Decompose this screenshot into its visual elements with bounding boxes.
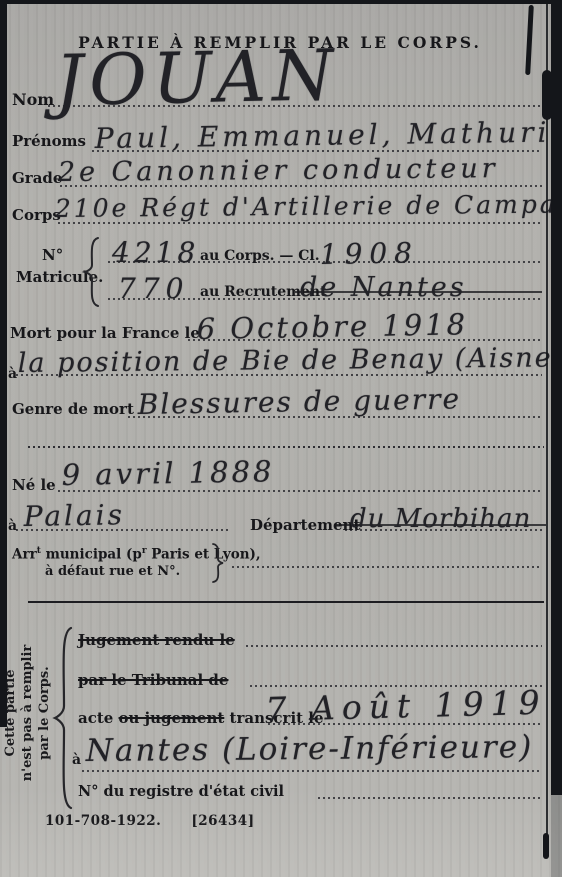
- ink-blot-right: [542, 70, 552, 120]
- transcrit-lieu-handwritten: Nantes (Loire-Inférieure): [86, 729, 534, 769]
- arr-part2: municipal (p: [41, 547, 142, 563]
- au-corps-label: au Corps. — Cl.: [200, 248, 320, 264]
- ink-blot-bottom-right: [543, 833, 549, 859]
- departement-handwritten: du Morbihan: [350, 504, 531, 534]
- recrutement-place-handwritten: de Nantes: [300, 272, 467, 303]
- ne-lieu-label: à: [8, 518, 17, 534]
- mort-lieu-handwritten: la position de Bie de Benay (Aisne): [18, 342, 562, 379]
- departement-label: Département: [250, 516, 360, 534]
- imprint-reference: [26434]: [191, 813, 254, 829]
- grade-handwritten-value: 2e Canonnier conducteur: [58, 153, 499, 188]
- ne-le-handwritten: 9 avril 1888: [61, 454, 274, 492]
- scan-border-left: [0, 0, 7, 727]
- registre-label: N° du registre d'état civil: [78, 783, 284, 800]
- acte-struck-part: ou jugement: [119, 709, 225, 727]
- section-separator-2: [28, 601, 544, 603]
- mort-lieu-label: à: [8, 366, 17, 382]
- matricule-recrutement-handwritten: 770: [118, 272, 189, 305]
- transcrit-lieu-label: à: [72, 752, 81, 768]
- arrondissement-label-line2: à défaut rue et N°.: [45, 564, 180, 579]
- matricule-brace: [82, 236, 102, 308]
- page-fold-line: [546, 0, 548, 858]
- scan-border-right-fade: [551, 795, 562, 877]
- footer-imprint: 101-708-1922.[26434]: [45, 813, 255, 829]
- prenoms-handwritten-value: Paul, Emmanuel, Mathurin: [95, 115, 562, 155]
- acte-part1: acte: [78, 709, 119, 727]
- transcrit-date-handwritten: 7 Août 1919: [265, 683, 547, 729]
- corps-handwritten-value: 210e Régt d'Artillerie de Campagne: [55, 189, 562, 223]
- grade-label: Grade: [12, 169, 62, 187]
- tribunal-label-struck: par le Tribunal de: [78, 671, 228, 689]
- prenoms-label: Prénoms: [12, 132, 86, 150]
- corps-label: Corps: [12, 206, 61, 224]
- ne-le-label: Né le: [12, 476, 56, 494]
- arrondissement-fill-line: [232, 566, 542, 568]
- nom-label: Nom: [12, 90, 54, 109]
- ink-stroke-top-right: [525, 5, 534, 75]
- mort-date-handwritten: 6 Octobre 1918: [196, 307, 468, 346]
- scan-border-top: [0, 0, 562, 4]
- section-separator-1: [28, 446, 544, 448]
- genre-mort-handwritten: Blessures de guerre: [137, 382, 461, 421]
- mort-label: Mort pour la France le: [10, 324, 200, 342]
- classe-handwritten: 1908: [319, 236, 419, 271]
- arrondissement-brace: [210, 542, 226, 584]
- transcrit-lieu-fill-line: [82, 770, 542, 772]
- transcription-brace: [52, 626, 76, 810]
- jugement-label-struck: Jugement rendu le: [78, 631, 235, 649]
- matricule-corps-handwritten: 4218: [112, 236, 199, 269]
- arr-part1: Arr: [12, 547, 37, 563]
- scan-border-right: [551, 0, 562, 795]
- ne-lieu-handwritten: Palais: [23, 498, 125, 533]
- jugement-fill-line: [246, 645, 542, 647]
- sidebar-note-line2: n'est pas à remplir: [20, 632, 37, 794]
- matricule-no-label: N°: [42, 246, 63, 264]
- arr-part3: Paris et Lyon),: [147, 547, 261, 563]
- imprint-number: 101-708-1922.: [45, 813, 161, 829]
- registre-fill-line: [318, 797, 542, 799]
- genre-mort-label: Genre de mort: [12, 400, 134, 418]
- nom-handwritten-value: JOUAN: [54, 34, 340, 122]
- military-death-record-card: PARTIE À REMPLIR PAR LE CORPS. Nom JOUAN…: [0, 0, 562, 877]
